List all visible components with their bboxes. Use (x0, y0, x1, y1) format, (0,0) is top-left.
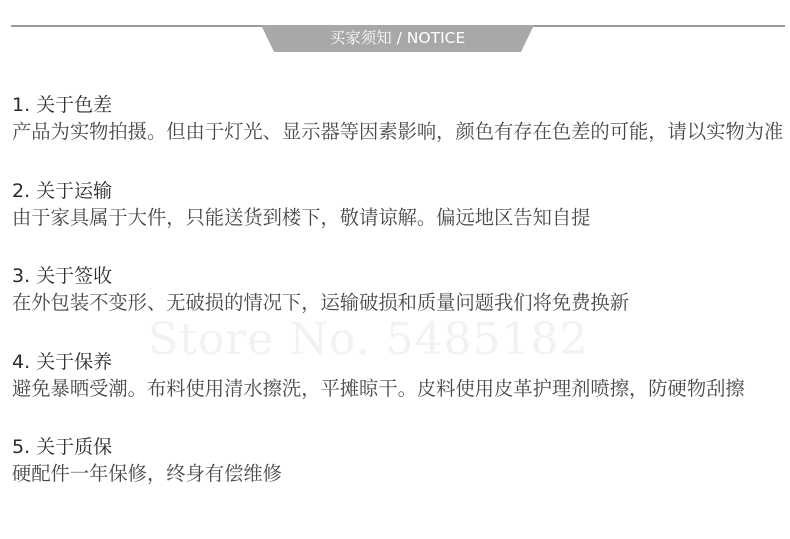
notice-banner: 买家须知 / NOTICE (261, 25, 534, 52)
section-heading: 5. 关于质保 (12, 436, 282, 458)
notice-title: 买家须知 / NOTICE (330, 30, 466, 47)
section-body: 在外包装不变形、无破损的情况下，运输破损和质量问题我们将免费换新 (12, 292, 629, 314)
notice-section-warranty: 5. 关于质保 硬配件一年保修，终身有偿维修 (12, 436, 282, 485)
notice-section-receipt: 3. 关于签收 在外包装不变形、无破损的情况下，运输破损和质量问题我们将免费换新 (12, 265, 629, 314)
section-body: 避免暴晒受潮。布料使用清水擦洗，平摊晾干。皮料使用皮革护理剂喷擦，防硬物刮擦 (12, 378, 745, 400)
section-heading: 1. 关于色差 (12, 94, 783, 116)
section-body: 由于家具属于大件，只能送货到楼下，敬请谅解。偏远地区告知自提 (12, 207, 590, 229)
section-heading: 3. 关于签收 (12, 265, 629, 287)
notice-section-shipping: 2. 关于运输 由于家具属于大件，只能送货到楼下，敬请谅解。偏远地区告知自提 (12, 180, 590, 229)
notice-section-color-difference: 1. 关于色差 产品为实物拍摄。但由于灯光、显示器等因素影响，颜色有存在色差的可… (12, 94, 783, 143)
section-heading: 4. 关于保养 (12, 351, 745, 373)
section-body: 硬配件一年保修，终身有偿维修 (12, 463, 282, 485)
section-heading: 2. 关于运输 (12, 180, 590, 202)
notice-section-maintenance: 4. 关于保养 避免暴晒受潮。布料使用清水擦洗，平摊晾干。皮料使用皮革护理剂喷擦… (12, 351, 745, 400)
section-body: 产品为实物拍摄。但由于灯光、显示器等因素影响，颜色有存在色差的可能，请以实物为准 (12, 121, 783, 143)
